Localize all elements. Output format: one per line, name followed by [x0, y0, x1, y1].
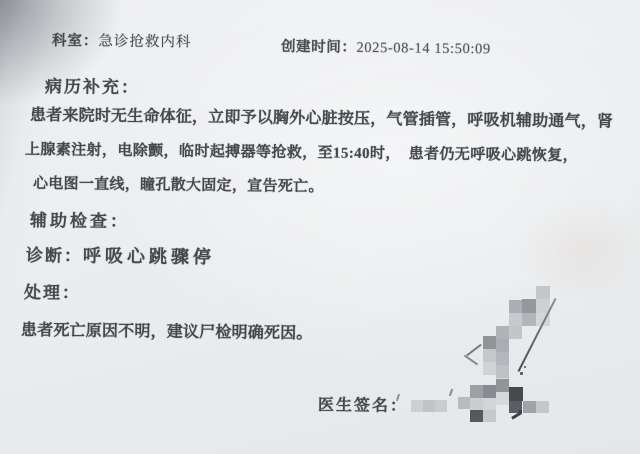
redaction-pixel — [509, 326, 522, 339]
redaction-pixel — [423, 400, 435, 412]
redaction-pixel — [496, 352, 509, 365]
redaction-pixel — [496, 339, 509, 352]
created-time-value: 2025-08-14 15:50:09 — [356, 40, 490, 58]
treatment-text: 患者死亡原因不明，建议尸检明确死因。 — [21, 317, 313, 343]
redaction-pixel — [523, 401, 536, 413]
diagnosis-label: 诊断： — [26, 246, 83, 266]
created-time-label: 创建时间： — [281, 39, 357, 56]
redaction-pixel — [470, 385, 483, 398]
treatment-title: 处理： — [24, 278, 81, 304]
pen-tip-mark — [519, 410, 522, 413]
redaction-pixel — [509, 300, 522, 313]
redaction-pixel — [483, 398, 496, 410]
redaction-pixel — [483, 385, 496, 398]
redaction-pixel — [496, 365, 509, 378]
redaction-pixel — [509, 387, 523, 401]
redaction-pixel — [483, 362, 496, 375]
redaction-pixel — [470, 398, 483, 410]
redaction-pixel — [536, 286, 550, 300]
supplement-line-2: 上腺素注射，电除颤，临时起搏器等抢救，至15:40时， 患者仍无呼吸心跳恢复， — [25, 138, 578, 165]
department-label: 科室： — [52, 33, 99, 50]
redaction-pixel — [470, 410, 483, 422]
redaction-pixel — [435, 400, 447, 412]
diagnosis-value: 呼吸心跳骤停 — [83, 246, 215, 267]
doctor-signature-label: 医生签名： — [318, 392, 408, 416]
department-line: 科室：急诊抢救内科 — [52, 29, 192, 52]
redaction-pixel — [483, 410, 496, 422]
pen-angle-mark — [464, 355, 478, 366]
redaction-pixel — [536, 401, 549, 413]
aux-exam-title: 辅助检查： — [30, 206, 130, 232]
redaction-pixel — [483, 336, 496, 349]
diagnosis-line: 诊断：呼吸心跳骤停 — [26, 241, 215, 269]
redaction-pixel — [483, 349, 496, 362]
created-time-line: 创建时间：2025-08-14 15:50:09 — [281, 35, 491, 58]
redaction-pixel — [496, 392, 509, 405]
redaction-pixel — [509, 313, 522, 326]
redaction-pixel — [411, 400, 423, 412]
pen-stroke-dot — [524, 366, 526, 368]
redaction-pixel — [496, 326, 509, 339]
department-value: 急诊抢救内科 — [98, 34, 191, 51]
redaction-pixel — [522, 299, 536, 313]
document-photo: 科室：急诊抢救内科 创建时间：2025-08-14 15:50:09 病历补充：… — [0, 0, 640, 454]
pen-angle-mark — [466, 344, 482, 356]
redaction-pixel — [496, 379, 509, 392]
redaction-pixel — [458, 397, 470, 409]
pen-stroke-dot — [520, 372, 523, 375]
supplement-line-1: 患者来院时无生命体征，立即予以胸外心脏按压，气管插管，呼吸机辅助通气，肾 — [30, 102, 613, 132]
supplement-line-3: 心电图一直线，瞳孔散大固定，宣告死亡。 — [33, 172, 324, 196]
redaction-pixel — [522, 313, 536, 326]
signature-tick-mark — [449, 389, 453, 396]
supplement-title: 病历补充： — [45, 72, 140, 98]
